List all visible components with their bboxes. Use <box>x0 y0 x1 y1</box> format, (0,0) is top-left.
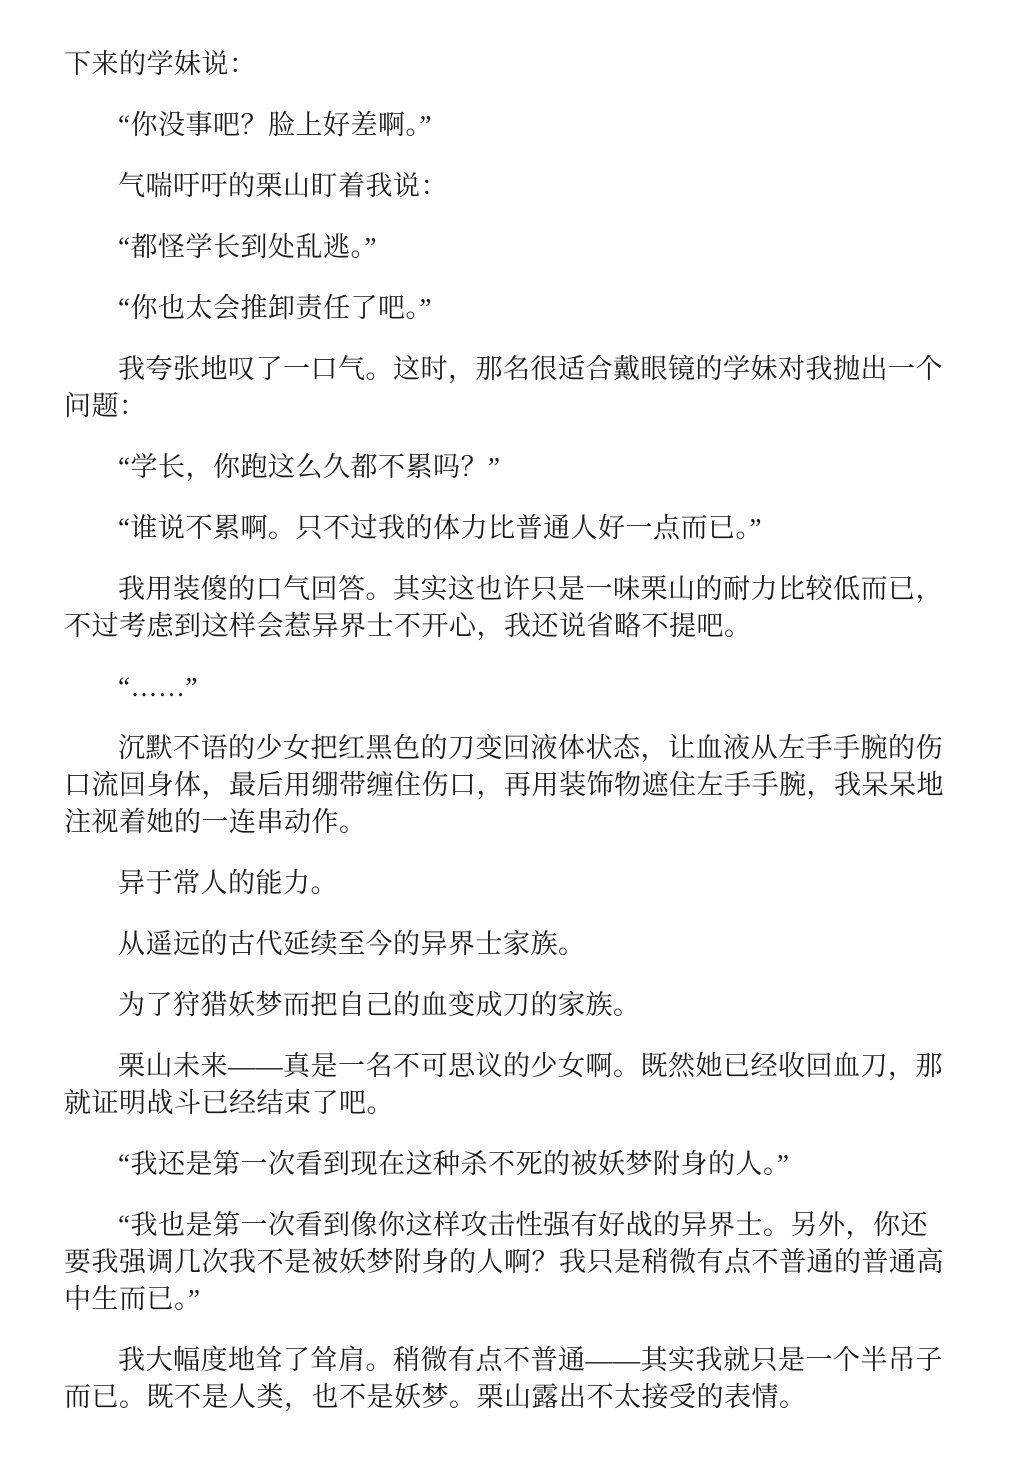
paragraph: “谁说不累啊。只不过我的体力比普通人好一点而已。” <box>64 510 953 547</box>
paragraph: 我大幅度地耸了耸肩。稍微有点不普通——其实我就只是一个半吊子而已。既不是人类，也… <box>64 1342 953 1416</box>
paragraph: 我夸张地叹了一口气。这时，那名很适合戴眼镜的学妹对我抛出一个问题： <box>64 351 953 425</box>
paragraph: “你也太会推卸责任了吧。” <box>64 290 953 327</box>
paragraph: 我用装傻的口气回答。其实这也许只是一味栗山的耐力比较低而已，不过考虑到这样会惹异… <box>64 571 953 645</box>
paragraph: 为了狩猎妖梦而把自己的血变成刀的家族。 <box>64 987 953 1024</box>
paragraph: “学长，你跑这么久都不累吗？” <box>64 449 953 486</box>
paragraph: “……” <box>64 669 953 706</box>
page-text: 下来的学妹说：“你没事吧？脸上好差啊。”气喘吁吁的栗山盯着我说：“都怪学长到处乱… <box>64 46 953 1416</box>
paragraph: 栗山未来——真是一名不可思议的少女啊。既然她已经收回血刀，那就证明战斗已经结束了… <box>64 1048 953 1122</box>
paragraph: “都怪学长到处乱逃。” <box>64 229 953 266</box>
paragraph: 从遥远的古代延续至今的异界士家族。 <box>64 926 953 963</box>
paragraph: 气喘吁吁的栗山盯着我说： <box>64 168 953 205</box>
novel-page: 下来的学妹说：“你没事吧？脸上好差啊。”气喘吁吁的栗山盯着我说：“都怪学长到处乱… <box>0 0 1017 1470</box>
paragraph: 沉默不语的少女把红黑色的刀变回液体状态，让血液从左手手腕的伤口流回身体，最后用绷… <box>64 730 953 841</box>
paragraph: 异于常人的能力。 <box>64 865 953 902</box>
paragraph: “你没事吧？脸上好差啊。” <box>64 107 953 144</box>
paragraph: 下来的学妹说： <box>64 46 953 83</box>
paragraph: “我也是第一次看到像你这样攻击性强有好战的异界士。另外，你还要我强调几次我不是被… <box>64 1207 953 1318</box>
paragraph: “我还是第一次看到现在这种杀不死的被妖梦附身的人。” <box>64 1146 953 1183</box>
